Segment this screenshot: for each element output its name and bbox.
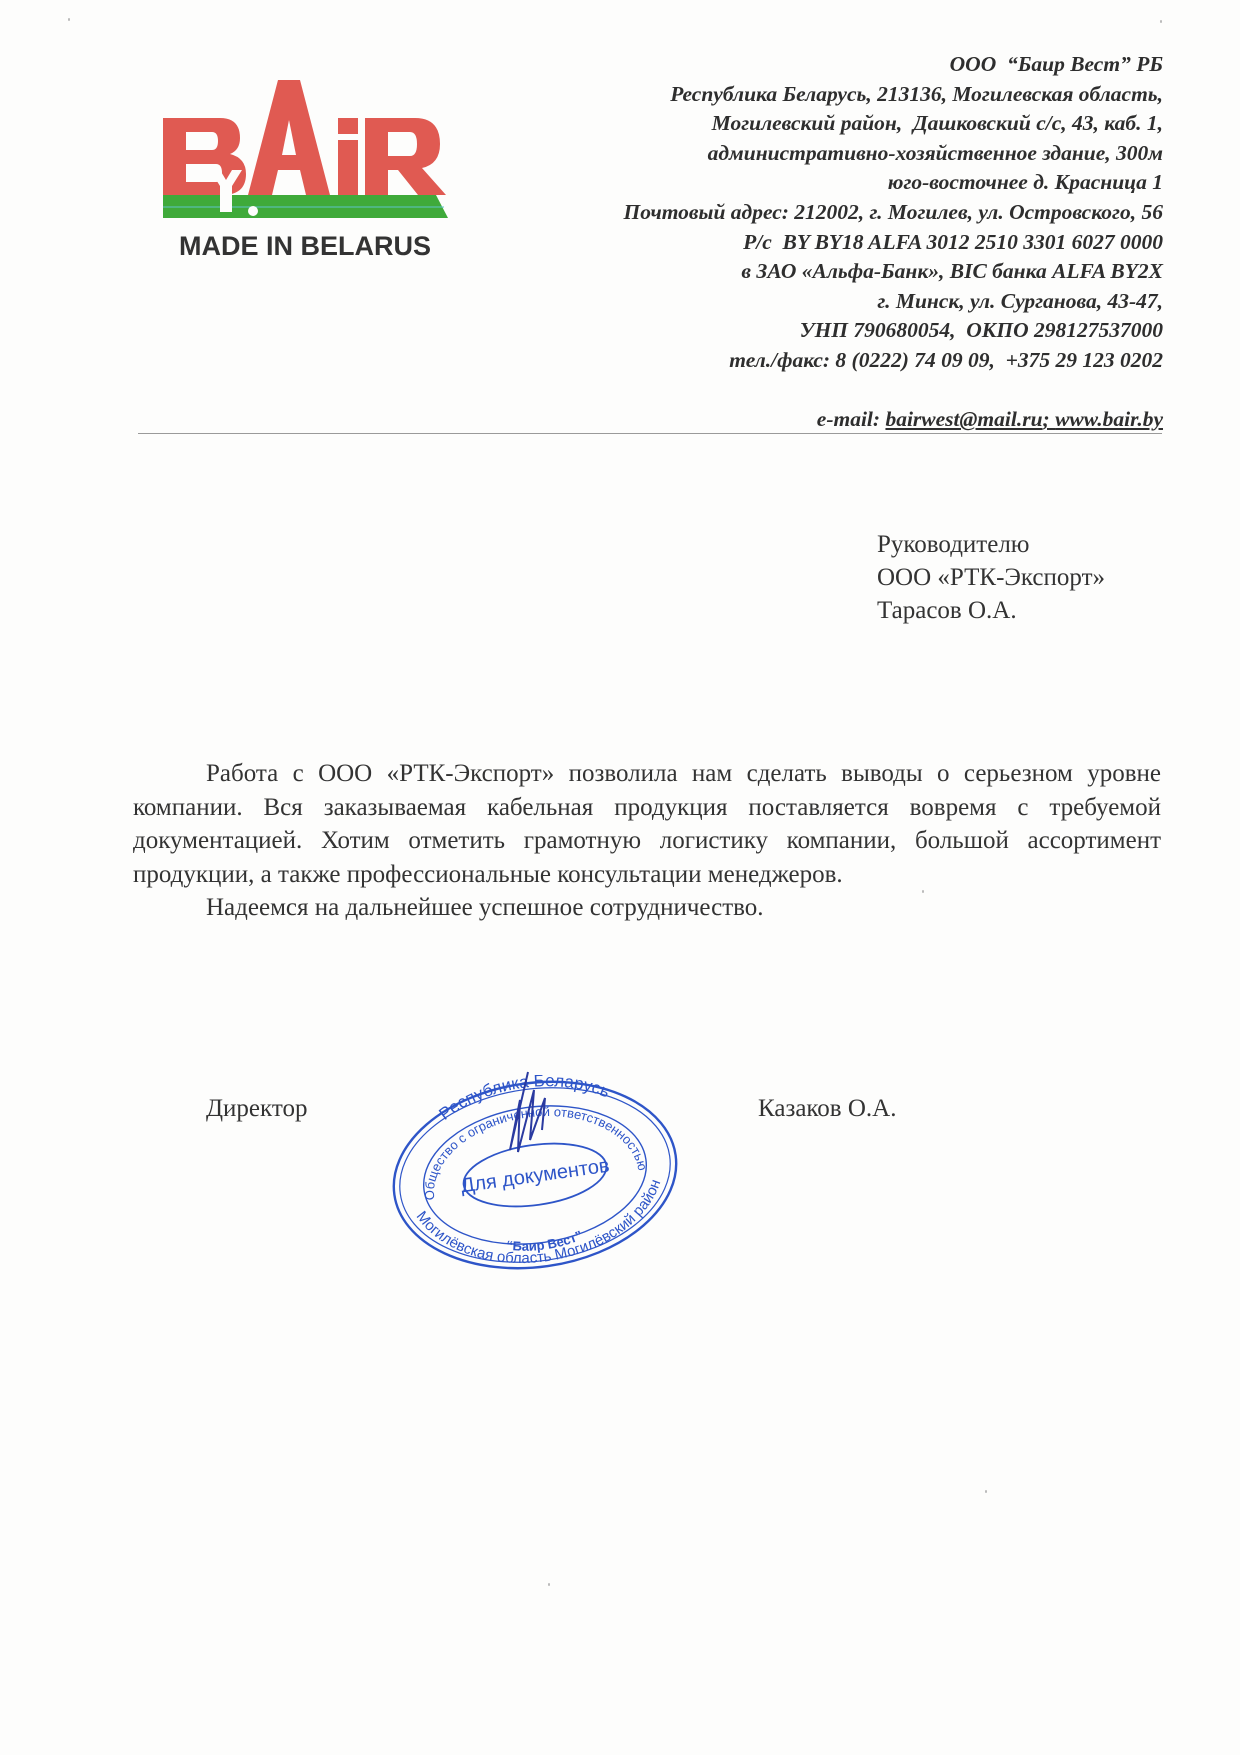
- addressee-company: ООО «РТК-Экспорт»: [877, 561, 1105, 594]
- legal-address-line: административно-хозяйственное здание, 30…: [624, 139, 1163, 169]
- scan-speck: [922, 890, 924, 893]
- signer-name: Казаков О.А.: [758, 1095, 896, 1123]
- addressee-name: Тарасов О.А.: [877, 594, 1105, 627]
- body-paragraph: Надеемся на дальнейшее успешное сотрудни…: [133, 891, 1161, 925]
- scan-speck: [985, 1490, 987, 1493]
- email-label: e-mail:: [817, 407, 886, 431]
- body-paragraph: Работа с ООО «РТК-Экспорт» позволила нам…: [133, 757, 1161, 891]
- svg-text:MADE IN BELARUS: MADE IN BELARUS: [179, 231, 431, 261]
- addressee-position: Руководителю: [877, 528, 1105, 561]
- letter-body: Работа с ООО «РТК-Экспорт» позволила нам…: [133, 757, 1161, 925]
- legal-address-line: Республика Беларусь, 213136, Могилевская…: [624, 80, 1163, 110]
- contact-line: e-mail: bairwest@mail.ru; www.bair.by: [624, 376, 1163, 465]
- legal-address-line: юго-восточнее д. Красница 1: [624, 168, 1163, 198]
- contact-separator: ;: [1043, 407, 1056, 431]
- postal-address: Почтовый адрес: 212002, г. Могилев, ул. …: [624, 198, 1163, 228]
- handwritten-signature: [490, 1070, 560, 1170]
- company-name: ООО “Баир Вест” РБ: [624, 50, 1163, 80]
- bair-logo-graphic: MADE IN BELARUS: [160, 70, 460, 270]
- svg-text:Могилёвская область Могилёвски: Могилёвская область Могилёвский район: [412, 1175, 674, 1275]
- bank-address: г. Минск, ул. Сурганова, 43-47,: [624, 287, 1163, 317]
- signer-title: Директор: [206, 1095, 307, 1123]
- letterhead-details: ООО “Баир Вест” РБ Республика Беларусь, …: [624, 50, 1163, 464]
- scan-speck: [548, 1583, 550, 1586]
- phone-fax: тел./факс: 8 (0222) 74 09 09, +375 29 12…: [624, 346, 1163, 376]
- legal-address-line: Могилевский район, Дашковский с/с, 43, к…: [624, 109, 1163, 139]
- header-divider: [138, 433, 1162, 434]
- bank-account: Р/с BY BY18 ALFA 3012 2510 3301 6027 000…: [624, 228, 1163, 258]
- scan-speck: [68, 18, 70, 21]
- website-link[interactable]: www.bair.by: [1055, 407, 1163, 431]
- scan-speck: [1160, 20, 1162, 23]
- registration-codes: УНП 790680054, ОКПО 298127537000: [624, 316, 1163, 346]
- bank-name: в ЗАО «Альфа-Банк», BIC банка ALFA BY2X: [624, 257, 1163, 287]
- company-logo: MADE IN BELARUS: [160, 70, 460, 270]
- email-link[interactable]: bairwest@mail.ru: [885, 407, 1042, 431]
- addressee-block: Руководителю ООО «РТК-Экспорт» Тарасов О…: [877, 528, 1105, 627]
